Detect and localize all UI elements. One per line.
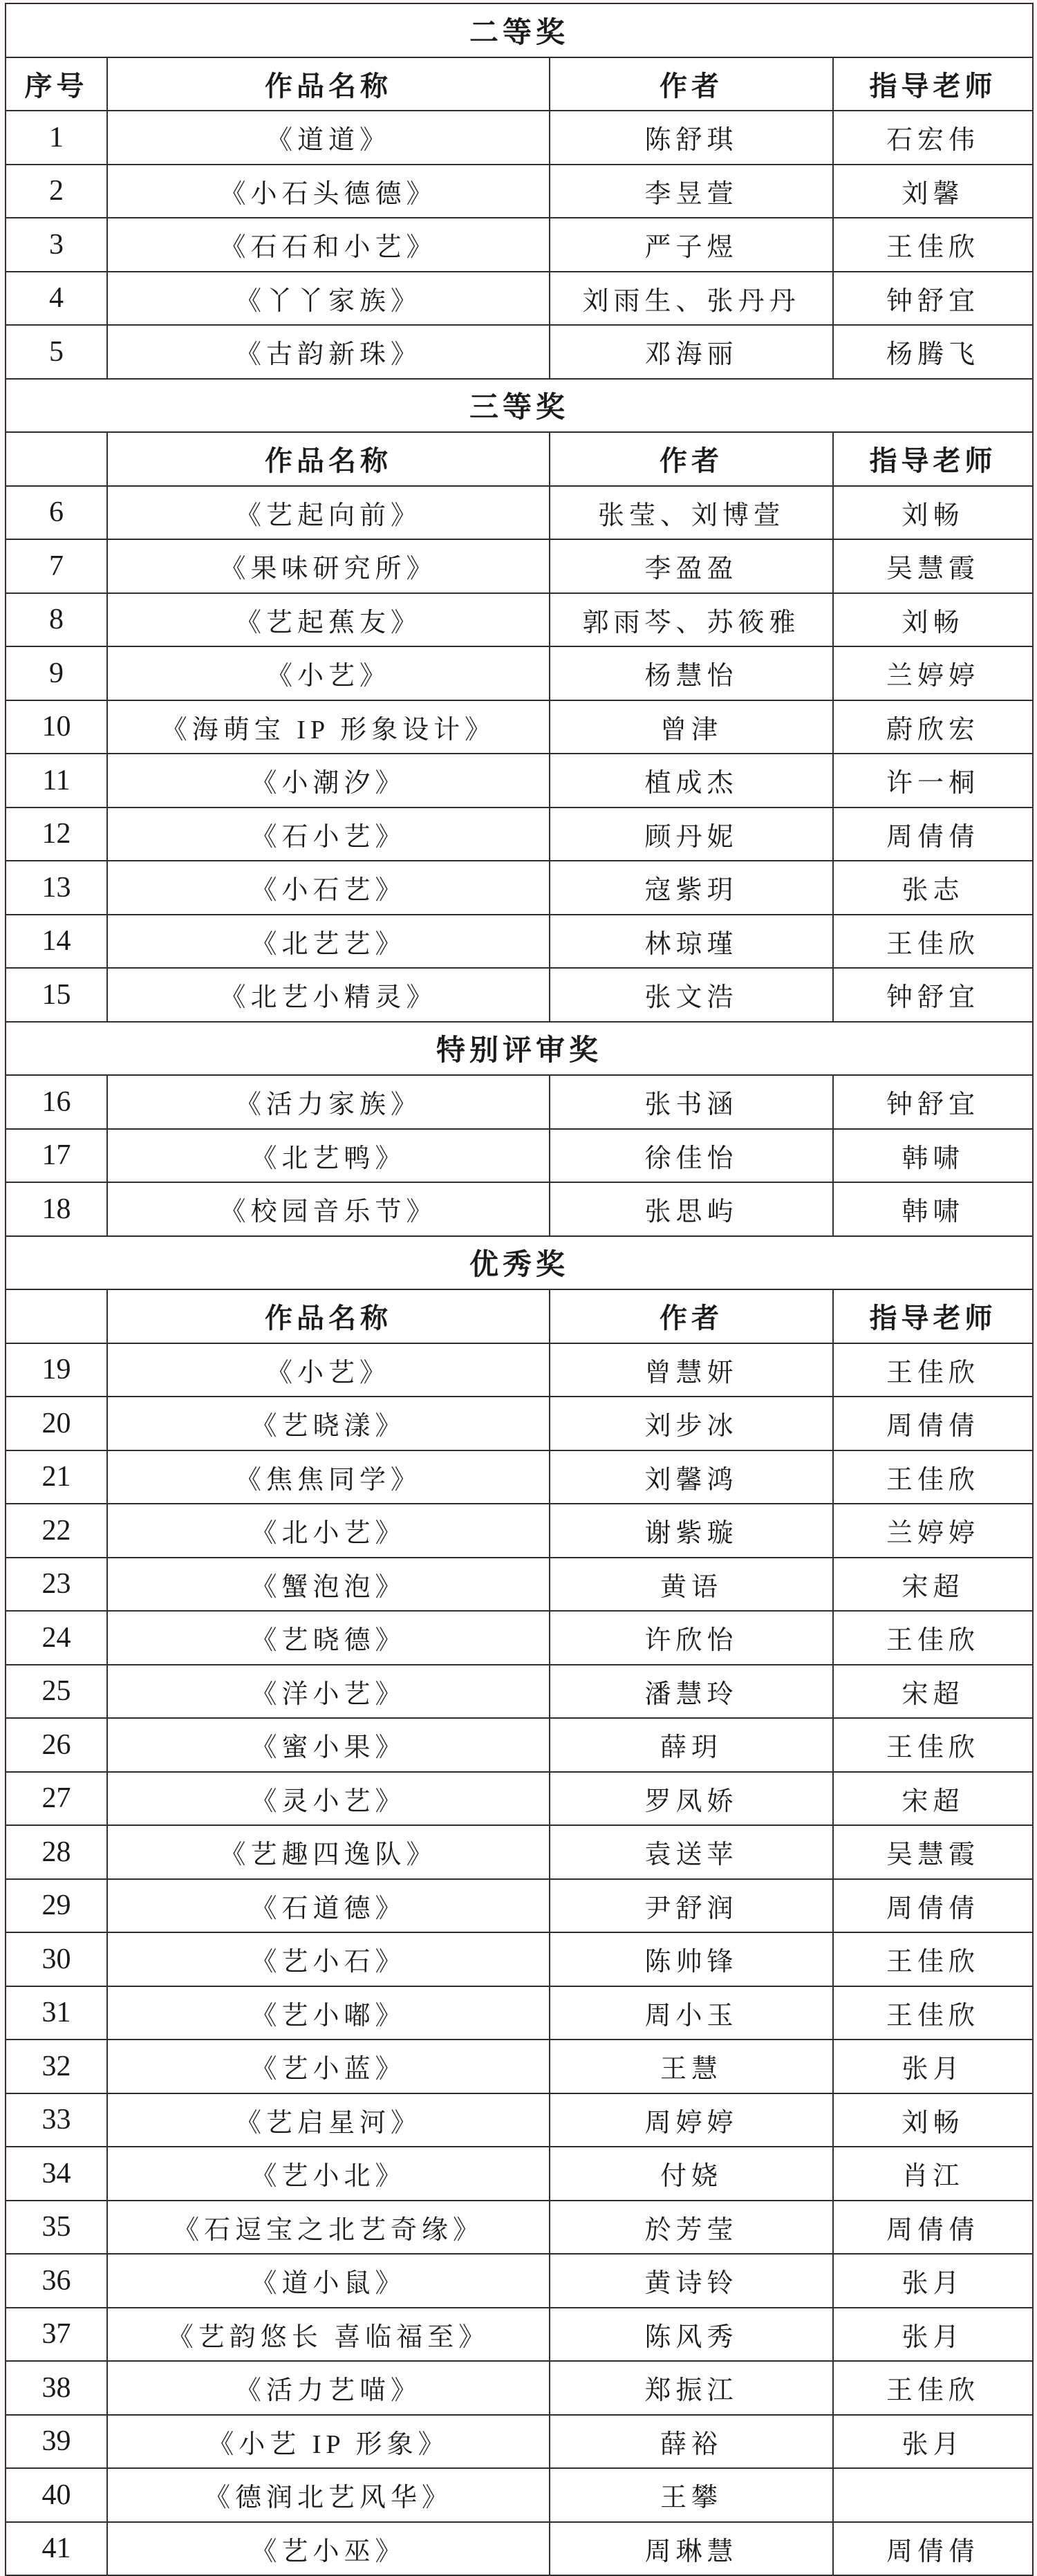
row-number-cell: 27: [6, 1772, 107, 1826]
author-cell: 周小玉: [550, 1986, 833, 2040]
column-header-row: 作品名称作者指导老师: [6, 432, 1033, 486]
row-number-cell: 14: [6, 915, 107, 969]
table-row: 9《小艺》杨慧怡兰婷婷: [6, 646, 1033, 700]
row-number-cell: 17: [6, 1129, 107, 1183]
work-title-cell: 《石逗宝之北艺奇缘》: [107, 2201, 550, 2255]
table-row: 34《艺小北》付娆肖江: [6, 2147, 1033, 2201]
author-cell: 於芳莹: [550, 2201, 833, 2255]
teacher-cell: 刘畅: [833, 2093, 1033, 2147]
column-header-work: 作品名称: [107, 57, 550, 111]
author-cell: 严子煜: [550, 218, 833, 272]
author-cell: 黄诗铃: [550, 2254, 833, 2308]
table-row: 22《北小艺》谢紫璇兰婷婷: [6, 1504, 1033, 1558]
author-cell: 林琼瑾: [550, 915, 833, 969]
work-title-cell: 《校园音乐节》: [107, 1182, 550, 1236]
row-number-cell: 1: [6, 111, 107, 165]
author-cell: 曾津: [550, 700, 833, 754]
row-number-cell: 5: [6, 325, 107, 379]
work-title-cell: 《石小艺》: [107, 808, 550, 861]
author-cell: 刘雨生、张丹丹: [550, 272, 833, 326]
column-header-row: 序号作品名称作者指导老师: [6, 57, 1033, 111]
column-header-teacher: 指导老师: [833, 57, 1033, 111]
author-cell: 曾慧妍: [550, 1343, 833, 1397]
work-title-cell: 《小艺》: [107, 1343, 550, 1397]
author-cell: 薛玥: [550, 1718, 833, 1772]
column-header-no: [6, 1289, 107, 1343]
teacher-cell: 张月: [833, 2040, 1033, 2093]
teacher-cell: 宋超: [833, 1558, 1033, 1612]
work-title-cell: 《石道德》: [107, 1879, 550, 1933]
teacher-cell: 吴慧霞: [833, 539, 1033, 593]
row-number-cell: 34: [6, 2147, 107, 2201]
teacher-cell: [833, 2468, 1033, 2522]
section-row: 二等奖: [6, 3, 1033, 57]
table-row: 16《活力家族》张书涵钟舒宜: [6, 1075, 1033, 1129]
author-cell: 杨慧怡: [550, 646, 833, 700]
teacher-cell: 钟舒宜: [833, 1075, 1033, 1129]
row-number-cell: 41: [6, 2522, 107, 2576]
table-row: 40《德润北艺风华》王攀: [6, 2468, 1033, 2522]
author-cell: 潘慧玲: [550, 1665, 833, 1719]
work-title-cell: 《艺晓漾》: [107, 1397, 550, 1450]
table-row: 17《北艺鸭》徐佳怡韩啸: [6, 1129, 1033, 1183]
work-title-cell: 《艺启星河》: [107, 2093, 550, 2147]
work-title-cell: 《灵小艺》: [107, 1772, 550, 1826]
row-number-cell: 32: [6, 2040, 107, 2093]
teacher-cell: 王佳欣: [833, 1450, 1033, 1504]
teacher-cell: 周倩倩: [833, 1879, 1033, 1933]
column-header-work: 作品名称: [107, 432, 550, 486]
teacher-cell: 石宏伟: [833, 111, 1033, 165]
teacher-cell: 王佳欣: [833, 1718, 1033, 1772]
work-title-cell: 《艺小巫》: [107, 2522, 550, 2576]
column-header-work: 作品名称: [107, 1289, 550, 1343]
work-title-cell: 《艺起蕉友》: [107, 593, 550, 647]
row-number-cell: 18: [6, 1182, 107, 1236]
table-row: 15《北艺小精灵》张文浩钟舒宜: [6, 968, 1033, 1022]
row-number-cell: 20: [6, 1397, 107, 1450]
work-title-cell: 《活力艺喵》: [107, 2361, 550, 2415]
work-title-cell: 《北小艺》: [107, 1504, 550, 1558]
teacher-cell: 刘畅: [833, 593, 1033, 647]
work-title-cell: 《小石艺》: [107, 861, 550, 915]
row-number-cell: 26: [6, 1718, 107, 1772]
row-number-cell: 35: [6, 2201, 107, 2255]
author-cell: 郑振江: [550, 2361, 833, 2415]
section-row: 优秀奖: [6, 1236, 1033, 1290]
teacher-cell: 张月: [833, 2308, 1033, 2362]
column-header-no: [6, 432, 107, 486]
teacher-cell: 王佳欣: [833, 2361, 1033, 2415]
table-row: 24《艺晓德》许欣怡王佳欣: [6, 1611, 1033, 1665]
work-title-cell: 《艺小北》: [107, 2147, 550, 2201]
column-header-row: 作品名称作者指导老师: [6, 1289, 1033, 1343]
column-header-no: 序号: [6, 57, 107, 111]
row-number-cell: 3: [6, 218, 107, 272]
column-header-author: 作者: [550, 57, 833, 111]
table-row: 20《艺晓漾》刘步冰周倩倩: [6, 1397, 1033, 1450]
teacher-cell: 兰婷婷: [833, 1504, 1033, 1558]
row-number-cell: 30: [6, 1932, 107, 1986]
author-cell: 王攀: [550, 2468, 833, 2522]
table-row: 12《石小艺》顾丹妮周倩倩: [6, 808, 1033, 861]
teacher-cell: 张志: [833, 861, 1033, 915]
table-row: 14《北艺艺》林琼瑾王佳欣: [6, 915, 1033, 969]
column-header-teacher: 指导老师: [833, 432, 1033, 486]
column-header-author: 作者: [550, 1289, 833, 1343]
author-cell: 付娆: [550, 2147, 833, 2201]
table-row: 27《灵小艺》罗凤娇宋超: [6, 1772, 1033, 1826]
work-title-cell: 《小潮汐》: [107, 754, 550, 808]
table-row: 3《石石和小艺》严子煜王佳欣: [6, 218, 1033, 272]
table-row: 10《海萌宝 IP 形象设计》曾津蔚欣宏: [6, 700, 1033, 754]
table-row: 25《洋小艺》潘慧玲宋超: [6, 1665, 1033, 1719]
teacher-cell: 钟舒宜: [833, 968, 1033, 1022]
row-number-cell: 25: [6, 1665, 107, 1719]
row-number-cell: 23: [6, 1558, 107, 1612]
work-title-cell: 《果味研究所》: [107, 539, 550, 593]
work-title-cell: 《北艺艺》: [107, 915, 550, 969]
work-title-cell: 《焦焦同学》: [107, 1450, 550, 1504]
author-cell: 邓海丽: [550, 325, 833, 379]
row-number-cell: 21: [6, 1450, 107, 1504]
author-cell: 李昱萱: [550, 165, 833, 218]
work-title-cell: 《艺韵悠长 喜临福至》: [107, 2308, 550, 2362]
author-cell: 张书涵: [550, 1075, 833, 1129]
row-number-cell: 2: [6, 165, 107, 218]
teacher-cell: 周倩倩: [833, 808, 1033, 861]
author-cell: 植成杰: [550, 754, 833, 808]
teacher-cell: 王佳欣: [833, 1343, 1033, 1397]
work-title-cell: 《道道》: [107, 111, 550, 165]
teacher-cell: 韩啸: [833, 1182, 1033, 1236]
table-row: 19《小艺》曾慧妍王佳欣: [6, 1343, 1033, 1397]
author-cell: 许欣怡: [550, 1611, 833, 1665]
work-title-cell: 《小石头德德》: [107, 165, 550, 218]
table-row: 35《石逗宝之北艺奇缘》於芳莹周倩倩: [6, 2201, 1033, 2255]
work-title-cell: 《艺趣四逸队》: [107, 1825, 550, 1879]
row-number-cell: 6: [6, 486, 107, 540]
author-cell: 刘馨鸿: [550, 1450, 833, 1504]
table-row: 41《艺小巫》周琳慧周倩倩: [6, 2522, 1033, 2576]
table-row: 33《艺启星河》周婷婷刘畅: [6, 2093, 1033, 2147]
teacher-cell: 王佳欣: [833, 1932, 1033, 1986]
table-row: 36《道小鼠》黄诗铃张月: [6, 2254, 1033, 2308]
row-number-cell: 37: [6, 2308, 107, 2362]
awards-table: 二等奖序号作品名称作者指导老师1《道道》陈舒琪石宏伟2《小石头德德》李昱萱刘馨3…: [5, 3, 1034, 2576]
section-title: 二等奖: [6, 3, 1033, 57]
author-cell: 陈舒琪: [550, 111, 833, 165]
column-header-teacher: 指导老师: [833, 1289, 1033, 1343]
teacher-cell: 刘畅: [833, 486, 1033, 540]
author-cell: 刘步冰: [550, 1397, 833, 1450]
row-number-cell: 7: [6, 539, 107, 593]
author-cell: 周婷婷: [550, 2093, 833, 2147]
author-cell: 王慧: [550, 2040, 833, 2093]
table-row: 31《艺小嘟》周小玉王佳欣: [6, 1986, 1033, 2040]
row-number-cell: 29: [6, 1879, 107, 1933]
row-number-cell: 15: [6, 968, 107, 1022]
work-title-cell: 《洋小艺》: [107, 1665, 550, 1719]
table-row: 23《蟹泡泡》黄语宋超: [6, 1558, 1033, 1612]
teacher-cell: 周倩倩: [833, 1397, 1033, 1450]
work-title-cell: 《小艺 IP 形象》: [107, 2415, 550, 2469]
document-page: 二等奖序号作品名称作者指导老师1《道道》陈舒琪石宏伟2《小石头德德》李昱萱刘馨3…: [0, 0, 1037, 2513]
row-number-cell: 16: [6, 1075, 107, 1129]
work-title-cell: 《艺晓德》: [107, 1611, 550, 1665]
table-row: 32《艺小蓝》王慧张月: [6, 2040, 1033, 2093]
table-row: 1《道道》陈舒琪石宏伟: [6, 111, 1033, 165]
table-row: 29《石道德》尹舒润周倩倩: [6, 1879, 1033, 1933]
row-number-cell: 31: [6, 1986, 107, 2040]
table-row: 8《艺起蕉友》郭雨芩、苏筱雅刘畅: [6, 593, 1033, 647]
work-title-cell: 《小艺》: [107, 646, 550, 700]
author-cell: 张莹、刘博萱: [550, 486, 833, 540]
work-title-cell: 《蟹泡泡》: [107, 1558, 550, 1612]
work-title-cell: 《道小鼠》: [107, 2254, 550, 2308]
section-title: 特别评审奖: [6, 1022, 1033, 1076]
author-cell: 陈风秀: [550, 2308, 833, 2362]
table-row: 28《艺趣四逸队》袁送苹吴慧霞: [6, 1825, 1033, 1879]
work-title-cell: 《丫丫家族》: [107, 272, 550, 326]
row-number-cell: 24: [6, 1611, 107, 1665]
author-cell: 袁送苹: [550, 1825, 833, 1879]
teacher-cell: 王佳欣: [833, 218, 1033, 272]
row-number-cell: 36: [6, 2254, 107, 2308]
teacher-cell: 张月: [833, 2254, 1033, 2308]
row-number-cell: 28: [6, 1825, 107, 1879]
teacher-cell: 王佳欣: [833, 1986, 1033, 2040]
work-title-cell: 《北艺鸭》: [107, 1129, 550, 1183]
teacher-cell: 刘馨: [833, 165, 1033, 218]
row-number-cell: 11: [6, 754, 107, 808]
row-number-cell: 9: [6, 646, 107, 700]
table-row: 30《艺小石》陈帅锋王佳欣: [6, 1932, 1033, 1986]
teacher-cell: 蔚欣宏: [833, 700, 1033, 754]
row-number-cell: 12: [6, 808, 107, 861]
row-number-cell: 38: [6, 2361, 107, 2415]
work-title-cell: 《艺小嘟》: [107, 1986, 550, 2040]
row-number-cell: 10: [6, 700, 107, 754]
author-cell: 徐佳怡: [550, 1129, 833, 1183]
table-row: 2《小石头德德》李昱萱刘馨: [6, 165, 1033, 218]
author-cell: 谢紫璇: [550, 1504, 833, 1558]
row-number-cell: 13: [6, 861, 107, 915]
table-row: 6《艺起向前》张莹、刘博萱刘畅: [6, 486, 1033, 540]
author-cell: 黄语: [550, 1558, 833, 1612]
teacher-cell: 王佳欣: [833, 915, 1033, 969]
row-number-cell: 22: [6, 1504, 107, 1558]
table-row: 7《果味研究所》李盈盈吴慧霞: [6, 539, 1033, 593]
teacher-cell: 张月: [833, 2415, 1033, 2469]
teacher-cell: 周倩倩: [833, 2522, 1033, 2576]
work-title-cell: 《活力家族》: [107, 1075, 550, 1129]
author-cell: 周琳慧: [550, 2522, 833, 2576]
teacher-cell: 兰婷婷: [833, 646, 1033, 700]
teacher-cell: 肖江: [833, 2147, 1033, 2201]
section-row: 特别评审奖: [6, 1022, 1033, 1076]
table-row: 38《活力艺喵》郑振江王佳欣: [6, 2361, 1033, 2415]
section-title: 优秀奖: [6, 1236, 1033, 1290]
teacher-cell: 王佳欣: [833, 1611, 1033, 1665]
row-number-cell: 39: [6, 2415, 107, 2469]
author-cell: 李盈盈: [550, 539, 833, 593]
work-title-cell: 《海萌宝 IP 形象设计》: [107, 700, 550, 754]
work-title-cell: 《艺起向前》: [107, 486, 550, 540]
table-row: 18《校园音乐节》张思屿韩啸: [6, 1182, 1033, 1236]
row-number-cell: 8: [6, 593, 107, 647]
table-row: 39《小艺 IP 形象》薛裕张月: [6, 2415, 1033, 2469]
awards-table-body: 二等奖序号作品名称作者指导老师1《道道》陈舒琪石宏伟2《小石头德德》李昱萱刘馨3…: [6, 3, 1033, 2575]
author-cell: 张文浩: [550, 968, 833, 1022]
teacher-cell: 周倩倩: [833, 2201, 1033, 2255]
row-number-cell: 4: [6, 272, 107, 326]
author-cell: 罗凤娇: [550, 1772, 833, 1826]
table-row: 11《小潮汐》植成杰许一桐: [6, 754, 1033, 808]
author-cell: 顾丹妮: [550, 808, 833, 861]
author-cell: 寇紫玥: [550, 861, 833, 915]
table-row: 26《蜜小果》薛玥王佳欣: [6, 1718, 1033, 1772]
work-title-cell: 《北艺小精灵》: [107, 968, 550, 1022]
section-row: 三等奖: [6, 379, 1033, 433]
author-cell: 陈帅锋: [550, 1932, 833, 1986]
section-title: 三等奖: [6, 379, 1033, 433]
teacher-cell: 宋超: [833, 1665, 1033, 1719]
work-title-cell: 《艺小石》: [107, 1932, 550, 1986]
row-number-cell: 33: [6, 2093, 107, 2147]
teacher-cell: 韩啸: [833, 1129, 1033, 1183]
teacher-cell: 吴慧霞: [833, 1825, 1033, 1879]
column-header-author: 作者: [550, 432, 833, 486]
row-number-cell: 19: [6, 1343, 107, 1397]
table-row: 13《小石艺》寇紫玥张志: [6, 861, 1033, 915]
author-cell: 尹舒润: [550, 1879, 833, 1933]
author-cell: 郭雨芩、苏筱雅: [550, 593, 833, 647]
teacher-cell: 钟舒宜: [833, 272, 1033, 326]
work-title-cell: 《蜜小果》: [107, 1718, 550, 1772]
row-number-cell: 40: [6, 2468, 107, 2522]
teacher-cell: 杨腾飞: [833, 325, 1033, 379]
table-row: 21《焦焦同学》刘馨鸿王佳欣: [6, 1450, 1033, 1504]
teacher-cell: 宋超: [833, 1772, 1033, 1826]
table-row: 4《丫丫家族》刘雨生、张丹丹钟舒宜: [6, 272, 1033, 326]
work-title-cell: 《石石和小艺》: [107, 218, 550, 272]
work-title-cell: 《古韵新珠》: [107, 325, 550, 379]
author-cell: 张思屿: [550, 1182, 833, 1236]
table-row: 5《古韵新珠》邓海丽杨腾飞: [6, 325, 1033, 379]
work-title-cell: 《艺小蓝》: [107, 2040, 550, 2093]
table-row: 37《艺韵悠长 喜临福至》陈风秀张月: [6, 2308, 1033, 2362]
author-cell: 薛裕: [550, 2415, 833, 2469]
teacher-cell: 许一桐: [833, 754, 1033, 808]
work-title-cell: 《德润北艺风华》: [107, 2468, 550, 2522]
